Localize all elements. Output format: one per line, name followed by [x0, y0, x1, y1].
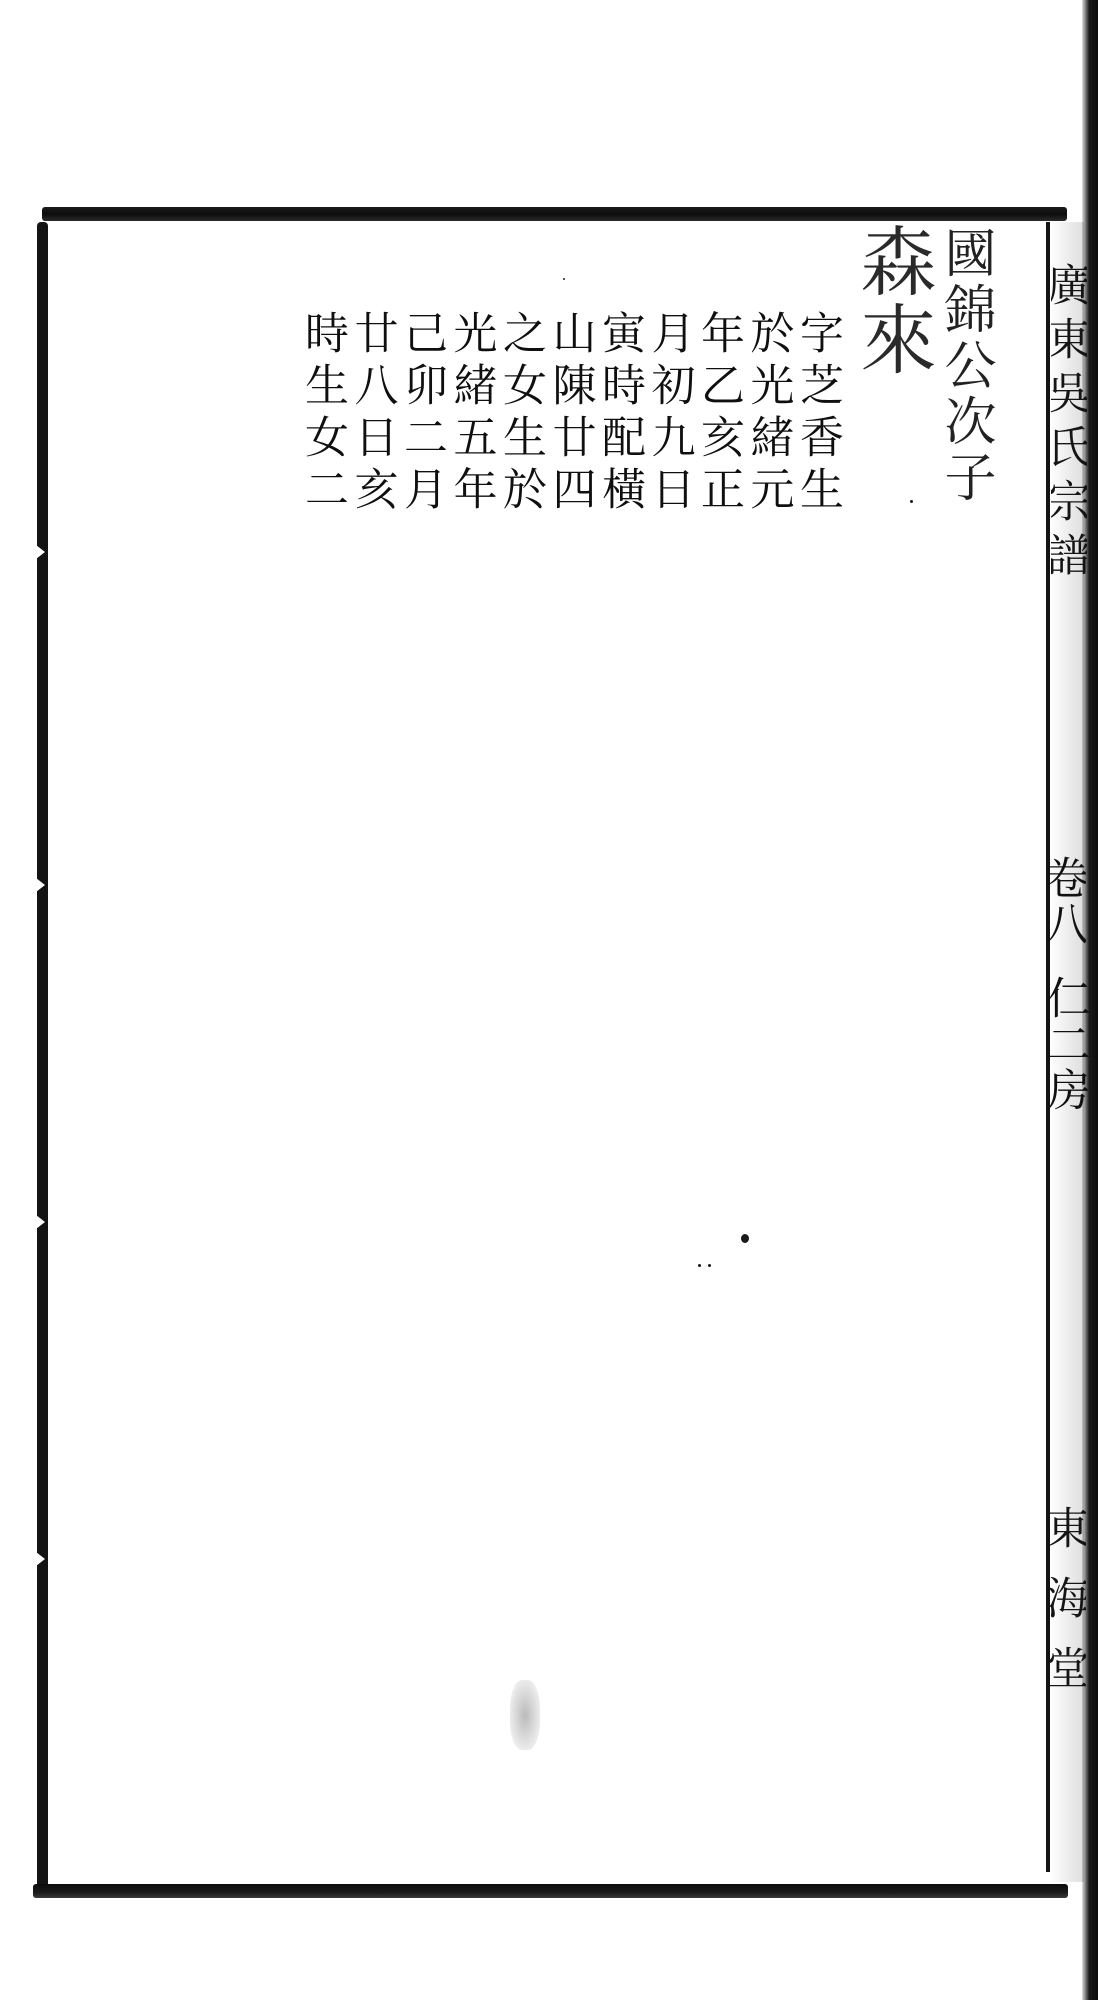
margin-branch: 仁二房 — [1040, 975, 1088, 1113]
person-name: 森來 — [852, 222, 932, 378]
body-column: 寅時配橫 — [595, 310, 643, 518]
ink-speck — [741, 1234, 749, 1243]
body-column: 字芝香生 — [793, 310, 841, 518]
ink-speck — [563, 278, 565, 280]
margin-volume: 卷八 — [1048, 855, 1086, 947]
body-column: 廿八日亥 — [348, 310, 396, 518]
paper-smudge — [510, 1680, 540, 1750]
border-notch — [36, 1215, 45, 1229]
body-column: 於光緒元 — [744, 310, 792, 518]
body-column: 之女生於 — [496, 310, 544, 518]
bottom-border-rule — [33, 1884, 1068, 1898]
border-notch — [36, 878, 45, 892]
body-column: 月初九日 — [645, 310, 693, 518]
body-column: 己卯二月 — [397, 310, 445, 518]
lineage-line: 國錦公次子 — [937, 226, 993, 506]
body-column: 山陳廿四 — [546, 310, 594, 518]
body-column: 年乙亥正 — [694, 310, 742, 518]
border-notch — [36, 1552, 45, 1566]
top-border-rule — [42, 207, 1067, 221]
margin-hall-name: 東海堂 — [1048, 1505, 1086, 1715]
margin-book-title: 廣東吳氏宗譜 — [1051, 262, 1087, 586]
ink-speck — [910, 500, 913, 503]
body-column: 時生女二 — [298, 310, 346, 518]
ink-speck — [698, 1264, 701, 1267]
ink-speck — [708, 1264, 711, 1267]
border-notch — [36, 545, 45, 559]
left-border-rule — [37, 222, 48, 1890]
body-column: 光緒五年 — [447, 310, 495, 518]
